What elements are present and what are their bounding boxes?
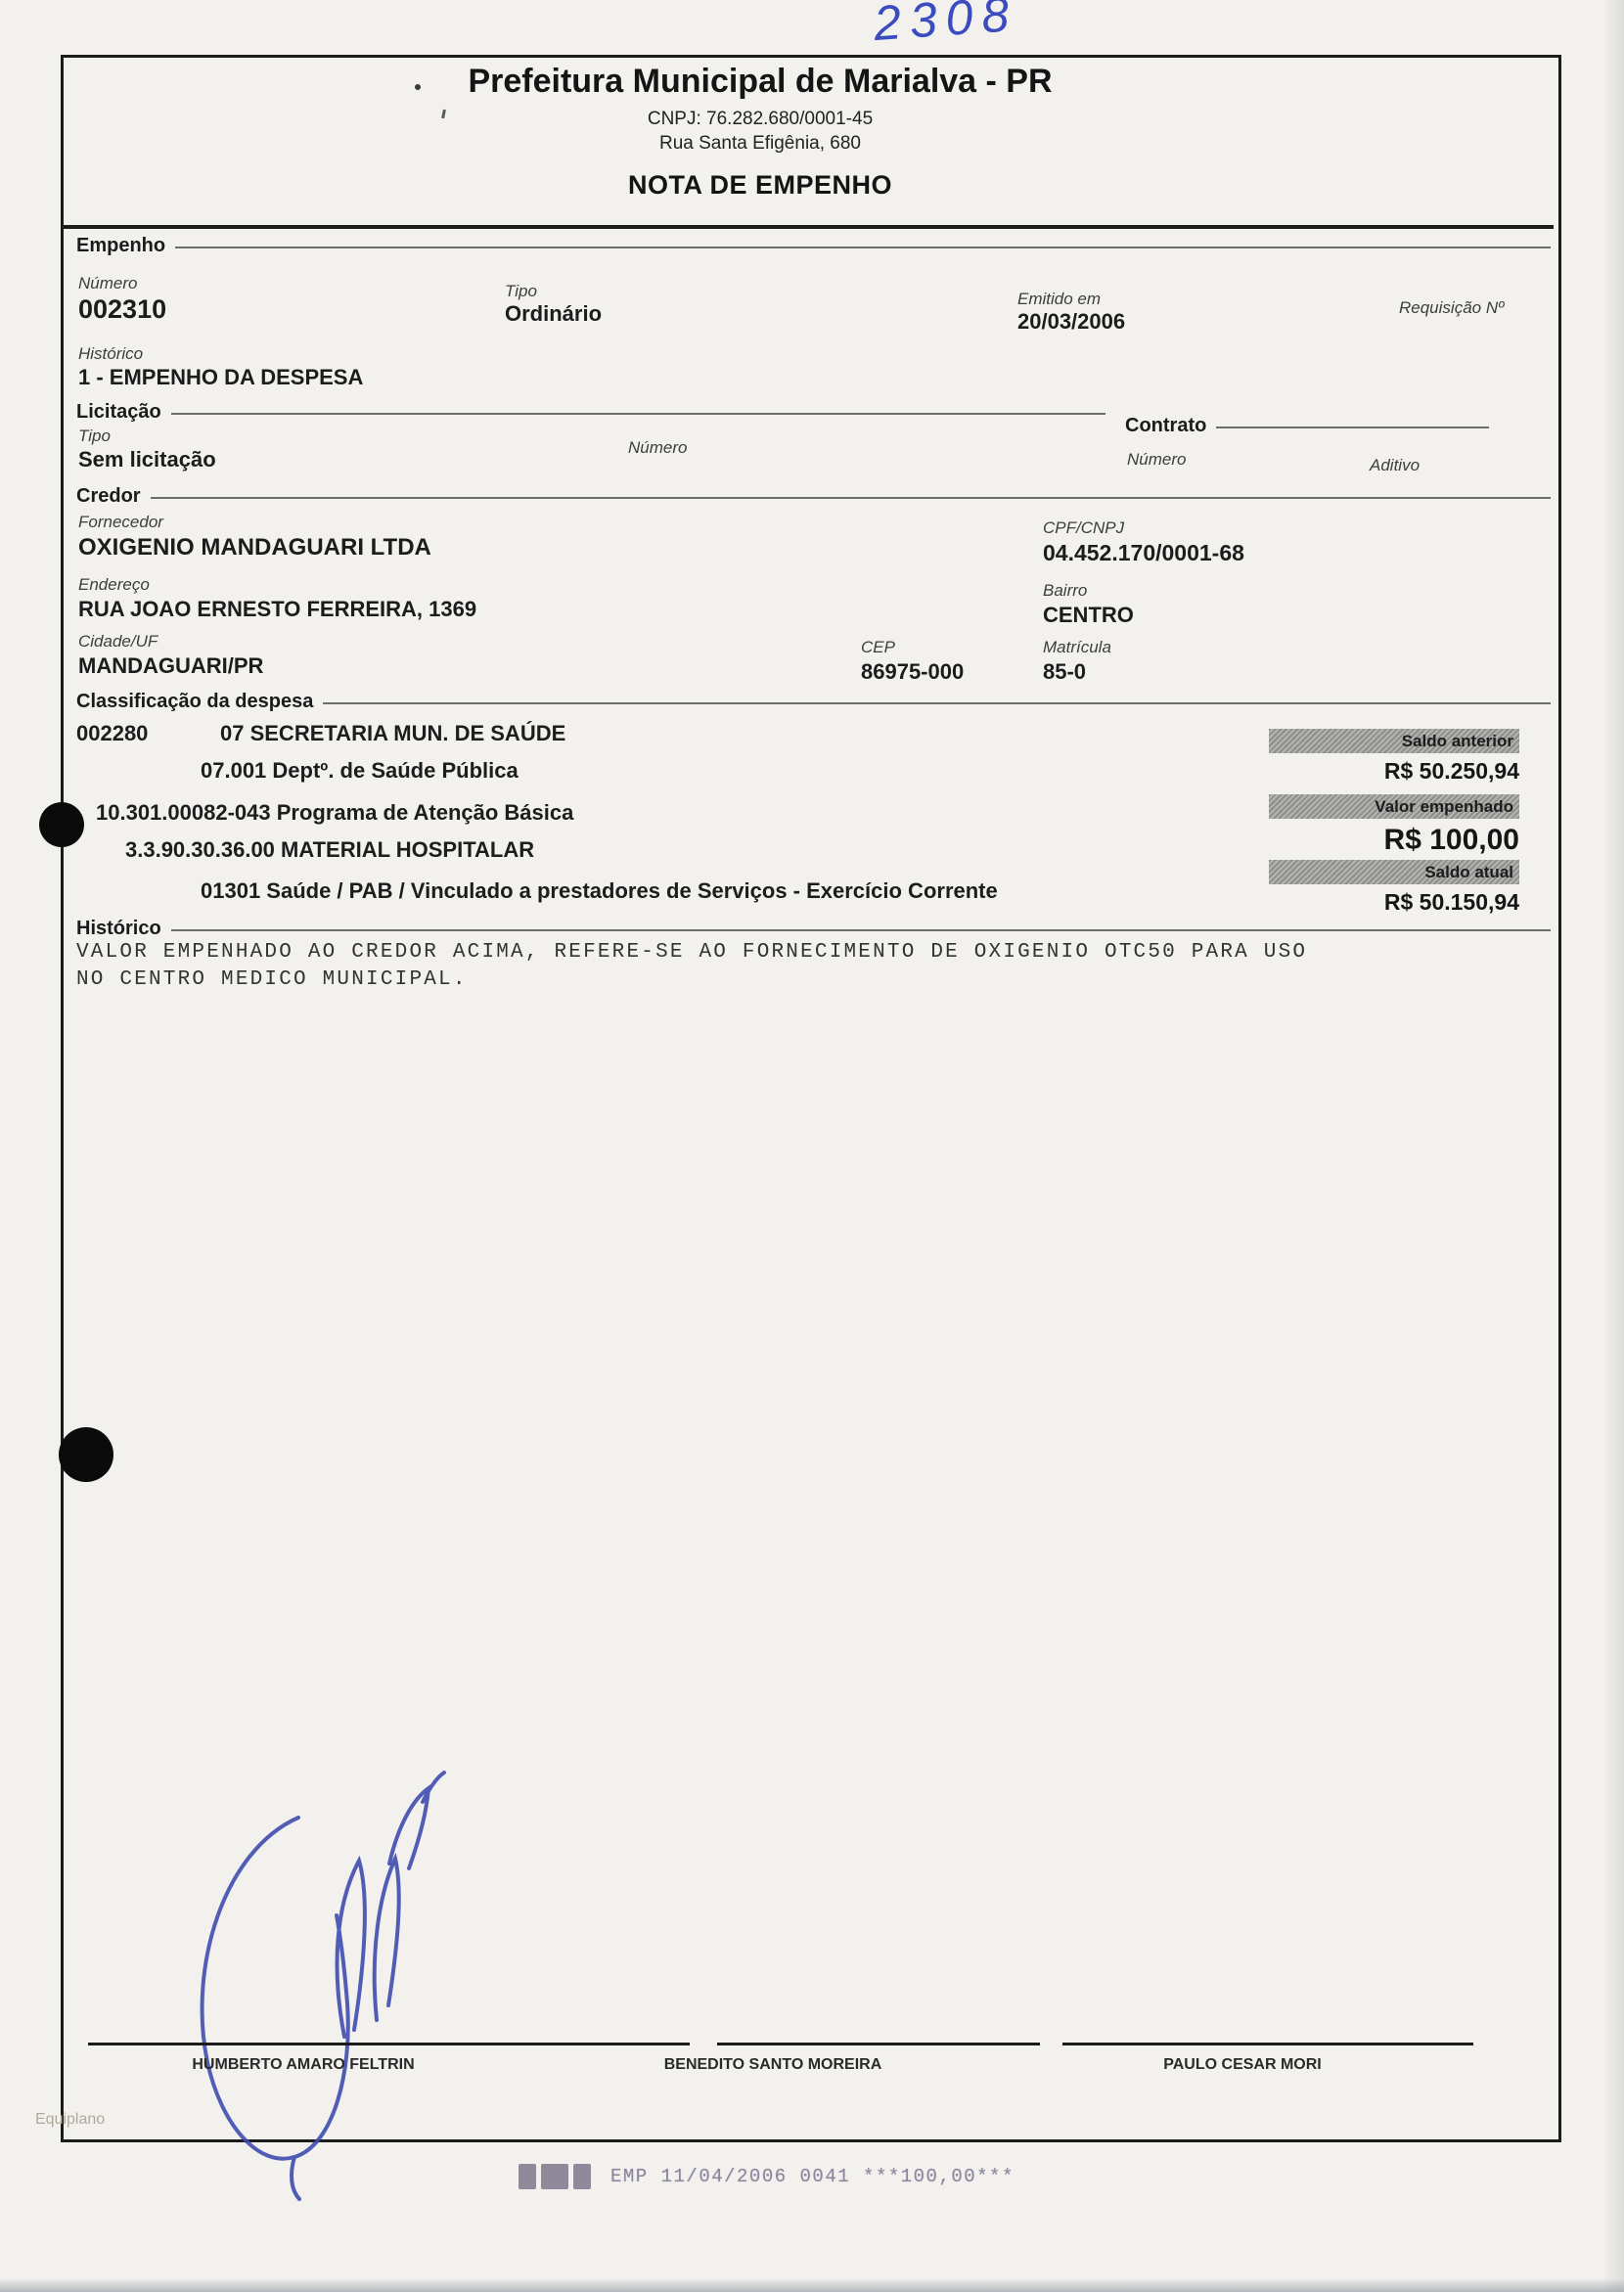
classification-row: 3.3.90.30.36.00 MATERIAL HOSPITALAR: [125, 837, 534, 863]
emitido-value: 20/03/2006: [1017, 309, 1125, 335]
bairro-label: Bairro: [1043, 581, 1087, 601]
saldo-value: R$ 100,00: [1269, 824, 1519, 857]
matricula-label: Matrícula: [1043, 638, 1111, 657]
signature-line: [88, 2043, 690, 2045]
cidade-value: MANDAGUARI/PR: [78, 653, 263, 679]
tipo-label: Tipo: [505, 282, 537, 301]
section-empenho-label: Empenho: [76, 235, 165, 257]
cep-label: CEP: [861, 638, 895, 657]
stamp-logo-icon: [519, 2164, 591, 2189]
saldo-block: Saldo anteriorR$ 50.250,94: [1269, 729, 1519, 785]
signature-line: [1062, 2043, 1473, 2045]
document-title: NOTA DE EMPENHO: [61, 170, 1460, 201]
classification-text: 07 SECRETARIA MUN. DE SAÚDE: [220, 721, 565, 745]
signature-name: PAULO CESAR MORI: [1076, 2056, 1409, 2074]
section-licitacao-rule: [171, 413, 1105, 415]
endereco-label: Endereço: [78, 575, 150, 595]
section-classificacao: Classificação da despesa: [76, 691, 1551, 713]
section-contrato-label: Contrato: [1125, 415, 1206, 437]
historico1-value: 1 - EMPENHO DA DESPESA: [78, 365, 363, 390]
scan-bottom-edge: [0, 2278, 1624, 2292]
signature-name: HUMBERTO AMARO FELTRIN: [137, 2056, 470, 2074]
numero-label: Número: [78, 274, 137, 293]
classification-row: 01301 Saúde / PAB / Vinculado a prestado…: [201, 878, 998, 904]
section-historico-label: Histórico: [76, 918, 161, 940]
scanned-document-page: 2308 Prefeitura Municipal de Marialva - …: [0, 0, 1624, 2292]
endereco-value: RUA JOAO ERNESTO FERREIRA, 1369: [78, 597, 476, 622]
licitacao-tipo-label: Tipo: [78, 427, 111, 446]
section-contrato-rule: [1216, 427, 1489, 428]
cep-value: 86975-000: [861, 659, 964, 685]
licitacao-numero-label: Número: [628, 438, 687, 458]
document-header: Prefeitura Municipal de Marialva - PR CN…: [61, 63, 1460, 201]
signature-name: BENEDITO SANTO MOREIRA: [607, 2056, 939, 2074]
historico-body-line2: NO CENTRO MEDICO MUNICIPAL.: [76, 968, 468, 991]
section-empenho-rule: [175, 247, 1551, 248]
equiplano-watermark: Equiplano: [35, 2111, 105, 2129]
bairro-value: CENTRO: [1043, 603, 1134, 628]
stamp-text: EMP 11/04/2006 0041 ***100,00***: [610, 2166, 1015, 2187]
classification-text: 3.3.90.30.36.00 MATERIAL HOSPITALAR: [125, 837, 534, 862]
cidade-label: Cidade/UF: [78, 632, 158, 652]
fornecedor-label: Fornecedor: [78, 513, 163, 532]
historico1-label: Histórico: [78, 344, 143, 364]
section-historico: Histórico: [76, 918, 1551, 940]
punch-hole-bottom: [59, 1427, 113, 1482]
saldo-block: Saldo atualR$ 50.150,94: [1269, 860, 1519, 916]
section-credor-label: Credor: [76, 485, 141, 508]
section-classificacao-label: Classificação da despesa: [76, 691, 313, 713]
requisicao-label: Requisição Nº: [1399, 298, 1504, 318]
saldo-block: Valor empenhadoR$ 100,00: [1269, 794, 1519, 857]
cpf-cnpj-value: 04.452.170/0001-68: [1043, 540, 1244, 566]
fornecedor-value: OXIGENIO MANDAGUARI LTDA: [78, 534, 431, 562]
section-licitacao-label: Licitação: [76, 401, 161, 424]
classification-row: 07.001 Deptº. de Saúde Pública: [201, 758, 519, 784]
scan-dot-artifact: [415, 84, 421, 90]
classification-row: 10.301.00082-043 Programa de Atenção Bás…: [96, 800, 573, 826]
classification-code: 002280: [76, 721, 220, 746]
saldo-value: R$ 50.150,94: [1269, 889, 1519, 916]
section-contrato: Contrato: [1125, 415, 1489, 437]
cnpj-line: CNPJ: 76.282.680/0001-45: [61, 109, 1460, 130]
scan-edge-band: [1602, 0, 1624, 2292]
section-credor: Credor: [76, 485, 1551, 508]
tipo-value: Ordinário: [505, 301, 602, 327]
saldo-bar-label: Valor empenhado: [1269, 794, 1519, 819]
section-credor-rule: [151, 497, 1551, 499]
classification-text: 07.001 Deptº. de Saúde Pública: [201, 758, 519, 783]
licitacao-tipo-value: Sem licitação: [78, 447, 216, 472]
validation-stamp: EMP 11/04/2006 0041 ***100,00***: [519, 2164, 1015, 2189]
saldo-bar-label: Saldo anterior: [1269, 729, 1519, 753]
historico-body-line1: VALOR EMPENHADO AO CREDOR ACIMA, REFERE-…: [76, 941, 1307, 964]
saldo-value: R$ 50.250,94: [1269, 758, 1519, 785]
section-licitacao: Licitação: [76, 401, 1105, 424]
section-classificacao-rule: [323, 702, 1551, 704]
matricula-value: 85-0: [1043, 659, 1086, 685]
handwritten-number: 2308: [872, 0, 1019, 52]
classification-text: 01301 Saúde / PAB / Vinculado a prestado…: [201, 878, 998, 903]
saldo-bar-label: Saldo atual: [1269, 860, 1519, 884]
contrato-numero-label: Número: [1127, 450, 1186, 470]
emitido-label: Emitido em: [1017, 290, 1101, 309]
section-empenho: Empenho: [76, 235, 1551, 257]
classification-text: 10.301.00082-043 Programa de Atenção Bás…: [96, 800, 573, 825]
cpf-cnpj-label: CPF/CNPJ: [1043, 518, 1124, 538]
address-line: Rua Santa Efigênia, 680: [61, 133, 1460, 155]
contrato-aditivo-label: Aditivo: [1370, 456, 1420, 475]
punch-hole-top: [39, 802, 84, 847]
section-historico-rule: [171, 929, 1551, 931]
header-divider: [63, 225, 1554, 229]
numero-value: 002310: [78, 294, 166, 325]
classification-row: 00228007 SECRETARIA MUN. DE SAÚDE: [76, 721, 565, 746]
municipality-title: Prefeitura Municipal de Marialva - PR: [61, 63, 1460, 101]
signature-line: [717, 2043, 1040, 2045]
